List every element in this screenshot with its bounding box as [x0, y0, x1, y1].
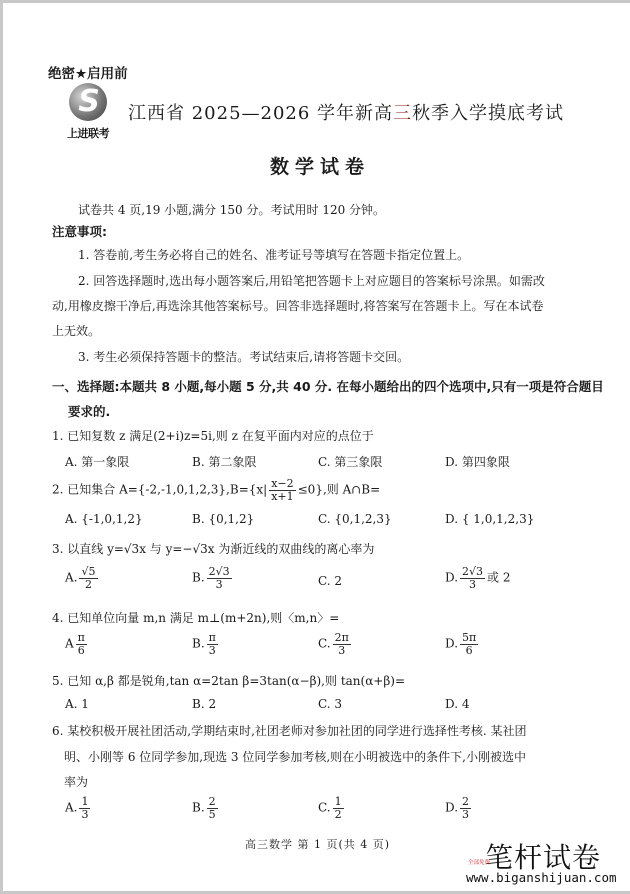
- fraction-numerator: 1: [79, 796, 90, 809]
- question-6-option-b: B.25: [192, 796, 220, 820]
- question-6-stem-line-3: 率为: [64, 773, 88, 790]
- note-item-2-end: 上无效。: [52, 322, 100, 339]
- question-6-stem-line-1: 6. 某校积极开展社团活动,学期结束时,社团老师对参加社团的同学进行选择性考核.…: [52, 722, 527, 739]
- fraction-numerator: π: [76, 632, 87, 645]
- fraction-numerator: 1: [333, 796, 344, 809]
- option-suffix: 或 2: [487, 571, 510, 585]
- fraction-denominator: 3: [207, 645, 218, 657]
- watermark-tag: 全部免费: [468, 858, 490, 866]
- option-label: A.: [65, 571, 77, 585]
- question-1-option-d: D. 第四象限: [445, 453, 510, 470]
- fraction-numerator: 2: [460, 796, 471, 809]
- question-3-option-c: C. 2: [318, 574, 342, 588]
- fraction-numerator: 2: [207, 796, 218, 809]
- question-5-option-c: C. 3: [318, 697, 342, 711]
- question-2-stem: 2. 已知集合 A={-2,-1,0,1,2,3},B={x|x−2x+1≤0}…: [52, 478, 380, 502]
- question-4-option-b: B.π3: [192, 632, 220, 656]
- question-1-option-a: A. 第一象限: [65, 453, 129, 470]
- fraction-denominator: 3: [79, 809, 90, 821]
- fraction-numerator: 2√3: [460, 566, 485, 579]
- page-footer: 高三数学 第 1 页(共 4 页): [245, 836, 390, 852]
- section-heading: 一、选择题:本题共 8 小题,每小题 5 分,共 40 分. 在每小题给出的四个…: [52, 377, 604, 395]
- option-fraction: √52: [79, 566, 97, 590]
- title-part-1: 江西省 2025—2026 学年新高: [128, 103, 393, 124]
- option-label: D.: [445, 637, 458, 651]
- option-label: D.: [445, 571, 458, 585]
- exam-logo: S 上进联考: [60, 83, 116, 145]
- fraction-numerator: 5π: [460, 632, 478, 645]
- question-2-stem-post: ≤0},则 A∩B=: [298, 483, 381, 497]
- question-4-option-d: D.5π6: [445, 632, 480, 656]
- question-2-fraction: x−2x+1: [269, 478, 295, 502]
- logo-glyph-icon: S: [74, 85, 104, 119]
- option-fraction: 5π6: [460, 632, 478, 656]
- note-item-2-cont: 动,用橡皮擦干净后,再选涂其他答案标号。回答非选择题时,将答案写在答题卡上。写在…: [52, 297, 543, 314]
- fraction-numerator: π: [207, 632, 218, 645]
- question-5-option-a: A. 1: [65, 697, 89, 711]
- option-fraction: π6: [76, 632, 87, 656]
- fraction-denominator: 2: [83, 579, 94, 591]
- option-fraction: 25: [207, 796, 218, 820]
- question-3-option-b: B.2√33: [192, 566, 234, 590]
- question-2-option-c: C. {0,1,2,3}: [318, 512, 392, 526]
- question-1-option-b: B. 第二象限: [192, 453, 256, 470]
- question-4-stem: 4. 已知单位向量 m,n 满足 m⊥(m+2n),则〈m,n〉=: [52, 609, 339, 626]
- fraction-denominator: 3: [467, 579, 478, 591]
- exam-subject-title: 数学试卷: [270, 152, 370, 179]
- option-fraction: 2√33: [207, 566, 232, 590]
- option-fraction: 23: [460, 796, 471, 820]
- option-fraction: π3: [207, 632, 218, 656]
- option-label: A: [65, 637, 74, 651]
- exam-title: 江西省 2025—2026 学年新高三秋季入学摸底考试: [128, 99, 564, 125]
- option-label: A.: [65, 801, 77, 815]
- question-3-option-a: A.√52: [65, 566, 100, 590]
- question-6-option-a: A.13: [65, 796, 92, 820]
- fraction-denominator: 5: [207, 809, 218, 821]
- option-label: D.: [445, 801, 458, 815]
- title-highlight: 三: [393, 103, 412, 124]
- confidential-label: 绝密★启用前: [48, 62, 128, 82]
- question-5-option-b: B. 2: [192, 697, 216, 711]
- fraction-numerator: 2√3: [207, 566, 232, 579]
- question-2-option-a: A. {-1,0,1,2}: [65, 512, 143, 526]
- question-1-stem: 1. 已知复数 z 满足(2+i)z=5i,则 z 在复平面内对应的点位于: [52, 427, 374, 444]
- question-1-option-c: C. 第三象限: [318, 453, 382, 470]
- section-heading-cont: 要求的.: [68, 402, 110, 420]
- question-4-option-c: C.2π3: [318, 632, 353, 656]
- question-3-stem: 3. 以直线 y=√3x 与 y=−√3x 为渐近线的双曲线的离心率为: [52, 540, 374, 557]
- fraction-denominator: 3: [336, 645, 347, 657]
- fraction-denominator: 6: [464, 645, 475, 657]
- fraction-denominator: 6: [76, 645, 87, 657]
- fraction-numerator: 2π: [333, 632, 351, 645]
- option-fraction: 2π3: [333, 632, 351, 656]
- question-6-option-d: D.23: [445, 796, 473, 820]
- logo-name: 上进联考: [60, 125, 116, 141]
- option-fraction: 12: [333, 796, 344, 820]
- fraction-denominator: 2: [333, 809, 344, 821]
- note-item-3: 3. 考生必须保持答题卡的整洁。考试结束后,请将答题卡交回。: [78, 348, 409, 365]
- option-fraction: 2√33: [460, 566, 485, 590]
- question-5-stem: 5. 已知 α,β 都是锐角,tan α=2tan β=3tan(α−β),则 …: [52, 672, 405, 689]
- option-label: C.: [318, 637, 331, 651]
- note-item-1: 1. 答卷前,考生务必将自己的姓名、准考证号等填写在答题卡指定位置上。: [78, 246, 469, 263]
- question-6-stem-line-2: 明、小刚等 6 位同学参加,现选 3 位同学参加考核,则在小明被选中的条件下,小…: [64, 748, 526, 765]
- option-fraction: 13: [79, 796, 90, 820]
- question-2-option-d: D. { 1,0,1,2,3}: [445, 512, 534, 526]
- note-item-2: 2. 回答选择题时,选出每小题答案后,用铅笔把答题卡上对应题目的答案标号涂黑。如…: [78, 272, 545, 289]
- exam-intro: 试卷共 4 页,19 小题,满分 150 分。考试用时 120 分钟。: [78, 201, 385, 218]
- option-label: B.: [192, 801, 205, 815]
- fraction-numerator: √5: [79, 566, 97, 579]
- title-part-2: 秋季入学摸底考试: [412, 103, 564, 124]
- question-6-option-c: C.12: [318, 796, 346, 820]
- fraction-denominator: 3: [460, 809, 471, 821]
- notes-heading: 注意事项:: [52, 222, 107, 240]
- question-2-stem-pre: 2. 已知集合 A={-2,-1,0,1,2,3},B={x|: [52, 483, 267, 497]
- watermark-url[interactable]: www.biganshijuan.com: [466, 870, 617, 885]
- fraction-numerator: x−2: [269, 478, 295, 491]
- option-label: C.: [318, 801, 331, 815]
- fraction-denominator: 3: [214, 579, 225, 591]
- question-4-option-a: Aπ6: [65, 632, 89, 656]
- option-label: B.: [192, 637, 205, 651]
- question-5-option-d: D. 4: [445, 697, 469, 711]
- question-2-option-b: B. {0,1,2}: [192, 512, 254, 526]
- fraction-denominator: x+1: [269, 491, 295, 503]
- question-3-option-d: D.2√33或 2: [445, 566, 510, 590]
- option-label: B.: [192, 571, 205, 585]
